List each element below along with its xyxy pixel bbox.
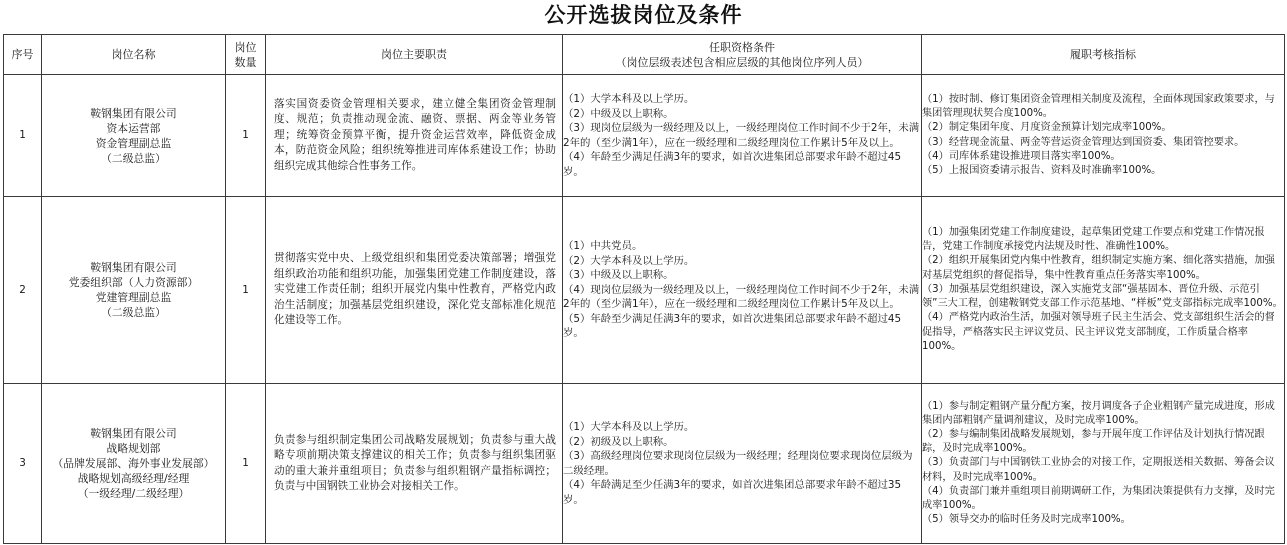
header-quantity-line2: 数量 <box>226 55 265 70</box>
position-kpis: （1）参与制定粗钢产量分配方案，按月调度各子企业粗钢产量完成进度，形成集团内部粗… <box>922 384 1285 544</box>
table-header-row: 序号 岗位名称 岗位 数量 岗位主要职责 任职资格条件 （岗位层级表述包含相应层… <box>4 35 1285 75</box>
position-quantity: 1 <box>226 197 266 384</box>
requirement-item: （5）年龄至少满足任满3年的要求，如首次进集团总部要求年龄不超过45岁。 <box>563 312 921 341</box>
kpi-item: （4）司库体系建设推进项目落实率100%。 <box>922 150 1284 164</box>
kpi-item: （1）按时制、修订集团资金管理相关制度及流程，全面体现国家政策要求，与集团管理现… <box>922 93 1284 121</box>
requirement-item: （4）年龄至少满足任满3年的要求，如首次进集团总部要求年龄不超过45岁。 <box>563 150 921 179</box>
kpi-item: （5）领导交办的临时任务及时完成率100%。 <box>922 513 1284 527</box>
kpi-item: （3）加强基层党组织建设，深入实施党支部“强基固本、晋位升级、示范引领”三大工程… <box>922 283 1284 311</box>
positions-table: 序号 岗位名称 岗位 数量 岗位主要职责 任职资格条件 （岗位层级表述包含相应层… <box>3 34 1285 544</box>
row-index: 3 <box>4 384 42 544</box>
duties-text: 落实国资委资金管理相关要求，建立健全集团资金管理制度、规范；负责推动现金流、融资… <box>266 97 562 175</box>
table-row: 2 鞍钢集团有限公司 党委组织部（人力资源部） 党建管理副总监 （二级总监） 1… <box>4 197 1285 384</box>
header-index: 序号 <box>4 35 42 75</box>
kpi-item: （5）上报国资委请示报告、资料及时准确率100%。 <box>922 164 1284 178</box>
requirement-item: （3）中级及以上职称。 <box>563 268 921 283</box>
position-name-line: 资本运营部 <box>42 121 225 136</box>
position-duties: 贯彻落实党中央、上级党组织和集团党委决策部署；增强党组织政治功能和组织功能，加强… <box>266 197 563 384</box>
position-name: 鞍钢集团有限公司 资本运营部 资金管理副总监 （二级总监） <box>42 75 226 197</box>
requirement-item: （4）年龄满足至少任满3年的要求，如首次进集团总部要求年龄不超过35岁。 <box>563 478 921 507</box>
header-requirements-line1: 任职资格条件 <box>563 40 921 55</box>
position-kpis: （1）加强集团党建工作制度建设，起草集团党建工作要点和党建工作情况报告，党建工作… <box>922 197 1285 384</box>
requirement-item: （4）现岗位层级为一级经理及以上，一级经理岗位工作时间不少于2年，未满2年的（至… <box>563 283 921 312</box>
kpi-item: （2）制定集团年度、月度资金预算计划完成率100%。 <box>922 121 1284 135</box>
position-duties: 落实国资委资金管理相关要求，建立健全集团资金管理制度、规范；负责推动现金流、融资… <box>266 75 563 197</box>
kpi-item: （4）负责部门兼并重组项目前期调研工作，为集团决策提供有力支撑，及时完成率100… <box>922 485 1284 513</box>
kpi-item: （2）参与编制集团战略发展规划，参与开展年度工作评估及计划执行情况跟踪，及时完成… <box>922 428 1284 456</box>
position-duties: 负责参与组织制定集团公司战略发展规划；负责参与重大战略专项前期决策支撑建议的相关… <box>266 384 563 544</box>
header-kpis: 履职考核指标 <box>922 35 1285 75</box>
position-name-line: （一级经理/二级经理） <box>42 486 225 501</box>
position-quantity: 1 <box>226 75 266 197</box>
document-title: 公开选拔岗位及条件 <box>0 1 1287 29</box>
position-name-line: 党建管理副总监 <box>42 290 225 305</box>
position-name-line: 党委组织部（人力资源部） <box>42 275 225 290</box>
position-requirements: （1）中共党员。 （2）大学本科及以上学历。 （3）中级及以上职称。 （4）现岗… <box>563 197 922 384</box>
position-name-line: 鞍钢集团有限公司 <box>42 106 225 121</box>
requirement-item: （2）中级及以上职称。 <box>563 107 921 122</box>
position-name-line: 资金管理副总监 <box>42 136 225 151</box>
header-quantity-line1: 岗位 <box>226 40 265 55</box>
requirement-item: （3）高级经理岗位要求现岗位层级为一级经理；经理岗位要求现岗位层级为二级经理。 <box>563 449 921 478</box>
position-name: 鞍钢集团有限公司 党委组织部（人力资源部） 党建管理副总监 （二级总监） <box>42 197 226 384</box>
requirement-item: （1）中共党员。 <box>563 239 921 254</box>
position-name-line: 战略规划高级经理/经理 <box>42 471 225 486</box>
position-requirements: （1）大学本科及以上学历。 （2）中级及以上职称。 （3）现岗位层级为一级经理及… <box>563 75 922 197</box>
duties-text: 贯彻落实党中央、上级党组织和集团党委决策部署；增强党组织政治功能和组织功能，加强… <box>266 251 562 329</box>
table-row: 1 鞍钢集团有限公司 资本运营部 资金管理副总监 （二级总监） 1 落实国资委资… <box>4 75 1285 197</box>
requirement-item: （1）大学本科及以上学历。 <box>563 420 921 435</box>
position-name: 鞍钢集团有限公司 战略规划部 （品牌发展部、海外事业发展部） 战略规划高级经理/… <box>42 384 226 544</box>
position-name-line: 鞍钢集团有限公司 <box>42 260 225 275</box>
position-name-line: 鞍钢集团有限公司 <box>42 426 225 441</box>
requirement-item: （2）初级及以上职称。 <box>563 435 921 450</box>
position-name-line: 战略规划部 <box>42 441 225 456</box>
row-index: 2 <box>4 197 42 384</box>
row-index: 1 <box>4 75 42 197</box>
requirement-item: （3）现岗位层级为一级经理及以上，一级经理岗位工作时间不少于2年，未满2年的（至… <box>563 121 921 150</box>
header-quantity: 岗位 数量 <box>226 35 266 75</box>
position-requirements: （1）大学本科及以上学历。 （2）初级及以上职称。 （3）高级经理岗位要求现岗位… <box>563 384 922 544</box>
position-name-line: （二级总监） <box>42 305 225 320</box>
kpi-item: （1）加强集团党建工作制度建设，起草集团党建工作要点和党建工作情况报告，党建工作… <box>922 226 1284 254</box>
kpi-item: （3）经营现金流量、两金等营运资金管理达到国资委、集团管控要求。 <box>922 136 1284 150</box>
position-quantity: 1 <box>226 384 266 544</box>
kpi-item: （2）组织开展集团党内集中性教育，组织制定实施方案、细化落实措施，加强对基层党组… <box>922 254 1284 282</box>
header-requirements: 任职资格条件 （岗位层级表述包含相应层级的其他岗位序列人员） <box>563 35 922 75</box>
kpi-item: （3）负责部门与中国钢铁工业协会的对接工作，定期报送相关数据、筹备会议材料，及时… <box>922 456 1284 484</box>
kpi-item: （1）参与制定粗钢产量分配方案，按月调度各子企业粗钢产量完成进度，形成集团内部粗… <box>922 400 1284 428</box>
table-row: 3 鞍钢集团有限公司 战略规划部 （品牌发展部、海外事业发展部） 战略规划高级经… <box>4 384 1285 544</box>
duties-text: 负责参与组织制定集团公司战略发展规划；负责参与重大战略专项前期决策支撑建议的相关… <box>266 433 562 495</box>
requirement-item: （2）大学本科及以上学历。 <box>563 254 921 269</box>
position-kpis: （1）按时制、修订集团资金管理相关制度及流程，全面体现国家政策要求，与集团管理现… <box>922 75 1285 197</box>
header-duties: 岗位主要职责 <box>266 35 563 75</box>
position-name-line: （二级总监） <box>42 151 225 166</box>
kpi-item: （4）严格党内政治生活，加强对领导班子民主生活会、党支部组织生活会的督促指导，严… <box>922 311 1284 354</box>
position-name-line: （品牌发展部、海外事业发展部） <box>42 456 225 471</box>
requirement-item: （1）大学本科及以上学历。 <box>563 92 921 107</box>
header-requirements-line2: （岗位层级表述包含相应层级的其他岗位序列人员） <box>563 55 921 70</box>
header-position-name: 岗位名称 <box>42 35 226 75</box>
